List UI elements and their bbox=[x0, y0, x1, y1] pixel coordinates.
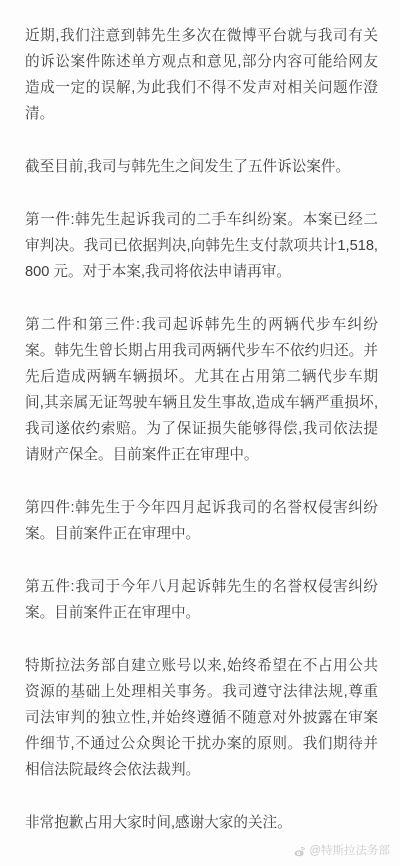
statement-paragraph-intro: 近期,我们注意到韩先生多次在微博平台就与我司有关的诉讼案件陈述单方观点和意见,部… bbox=[25, 23, 378, 127]
statement-body: 近期,我们注意到韩先生多次在微博平台就与我司有关的诉讼案件陈述单方观点和意见,部… bbox=[0, 0, 400, 836]
statement-paragraph-case-1: 第一件:韩先生起诉我司的二手车纠纷案。本案已经二审判决。我司已依据判决,向韩先生… bbox=[25, 207, 378, 285]
watermark-text: @特斯拉法务部 bbox=[309, 844, 390, 858]
statement-image: 近期,我们注意到韩先生多次在微博平台就与我司有关的诉讼案件陈述单方观点和意见,部… bbox=[0, 0, 400, 866]
statement-paragraph-case-5: 第五件:我司于今年八月起诉韩先生的名誉权侵害纠纷案。目前案件正在审理中。 bbox=[25, 574, 378, 626]
weibo-logo-icon bbox=[293, 845, 306, 858]
statement-paragraph-closing: 非常抱歉占用大家时间,感谢大家的关注。 bbox=[25, 810, 378, 836]
watermark: @特斯拉法务部 bbox=[293, 844, 390, 858]
statement-paragraph-case-2-3: 第二件和第三件:我司起诉韩先生的两辆代步车纠纷案。韩先生曾长期占用我司两辆代步车… bbox=[25, 312, 378, 468]
statement-paragraph-summary: 截至目前,我司与韩先生之间发生了五件诉讼案件。 bbox=[25, 154, 378, 180]
statement-paragraph-principles: 特斯拉法务部自建立账号以来,始终希望在不占用公共资源的基础上处理相关事务。我司遵… bbox=[25, 653, 378, 783]
statement-paragraph-case-4: 第四件:韩先生于今年四月起诉我司的名誉权侵害纠纷案。目前案件正在审理中。 bbox=[25, 495, 378, 547]
